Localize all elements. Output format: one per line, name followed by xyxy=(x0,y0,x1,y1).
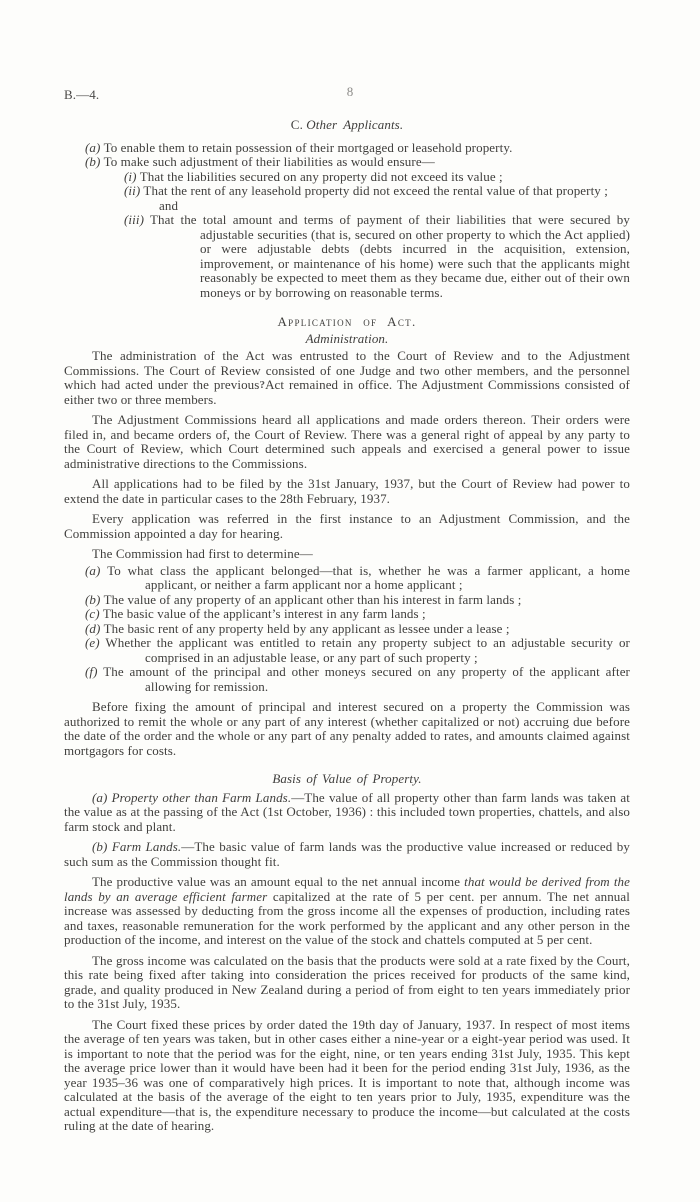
paragraph-lead-italic: Farm Lands. xyxy=(112,839,181,854)
list-item-a: (a) To enable them to retain possession … xyxy=(64,141,630,156)
item-text: The basic rent of any property held by a… xyxy=(104,621,510,636)
item-marker: (a) xyxy=(85,563,100,578)
section-c-heading-title: Other Applicants. xyxy=(306,117,403,132)
document-page: B.—4. 8 C. Other Applicants. (a) To enab… xyxy=(0,0,700,1202)
paragraph-orders: The Adjustment Commissions heard all app… xyxy=(64,413,630,471)
paragraph-administration: The administration of the Act was entrus… xyxy=(64,349,630,407)
item-text: The value of any property of an applican… xyxy=(104,592,522,607)
sub-item-i: (i) That the liabilities secured on any … xyxy=(64,170,630,185)
item-marker: (a) xyxy=(85,140,100,155)
item-text: To what class the applicant belonged—tha… xyxy=(107,563,630,593)
determine-item-b: (b) The value of any property of an appl… xyxy=(64,593,630,608)
item-text: The basic value of the applicant’s inter… xyxy=(103,606,426,621)
item-text: That the liabilities secured on any prop… xyxy=(140,169,503,184)
basis-of-value-heading: Basis of Value of Property. xyxy=(64,772,630,787)
paragraph-remission: Before fixing the amount of principal an… xyxy=(64,700,630,758)
paragraph-property-other-than-farm-lands: (a) Property other than Farm Lands.—The … xyxy=(64,791,630,835)
page-header: B.—4. 8 xyxy=(0,88,700,104)
section-c-heading: C. Other Applicants. xyxy=(64,118,630,133)
sub-item-ii: (ii) That the rent of any leasehold prop… xyxy=(64,184,630,213)
item-marker: (e) xyxy=(85,635,100,650)
item-carry-text: and xyxy=(159,198,178,213)
page-body: C. Other Applicants. (a) To enable them … xyxy=(64,118,630,1140)
paragraph-gross-income: The gross income was calculated on the b… xyxy=(64,954,630,1012)
determine-list: (a) To what class the applicant belonged… xyxy=(64,564,630,695)
item-marker: (ii) xyxy=(124,183,140,198)
paragraph-referral: Every application was referred in the fi… xyxy=(64,512,630,541)
item-text: To make such adjustment of their liabili… xyxy=(104,154,435,169)
paragraph-determine-lead: The Commission had first to determine— xyxy=(64,547,630,562)
item-text: That the rent of any leasehold property … xyxy=(143,183,608,198)
item-marker: (a) xyxy=(92,790,107,805)
item-text: To enable them to retain possession of t… xyxy=(104,140,513,155)
administration-subheading: Administration. xyxy=(64,332,630,347)
paragraph-farm-lands: (b) Farm Lands.—The basic value of farm … xyxy=(64,840,630,869)
paragraph-text: The productive value was an amount equal… xyxy=(92,874,464,889)
page-number: 8 xyxy=(0,85,700,100)
paragraph-filing-dates: All applications had to be filed by the … xyxy=(64,477,630,506)
paragraph-lead-italic: Property other than Farm Lands. xyxy=(112,790,292,805)
item-marker: (c) xyxy=(85,606,100,621)
item-marker: (b) xyxy=(85,154,100,169)
section-c-heading-prefix: C. xyxy=(291,117,303,132)
item-marker: (f) xyxy=(85,664,98,679)
item-marker: (iii) xyxy=(124,212,144,227)
item-marker: (b) xyxy=(85,592,100,607)
list-item-b: (b) To make such adjustment of their lia… xyxy=(64,155,630,170)
determine-item-d: (d) The basic rent of any property held … xyxy=(64,622,630,637)
determine-item-f: (f) The amount of the principal and othe… xyxy=(64,665,630,694)
determine-item-c: (c) The basic value of the applicant’s i… xyxy=(64,607,630,622)
paragraph-productive-value: The productive value was an amount equal… xyxy=(64,875,630,948)
item-marker: (d) xyxy=(85,621,100,636)
item-marker: (b) xyxy=(92,839,107,854)
item-marker: (i) xyxy=(124,169,137,184)
item-text: Whether the applicant was entitled to re… xyxy=(105,635,630,665)
sub-item-iii: (iii) That the total amount and terms of… xyxy=(64,213,630,300)
other-applicants-list: (a) To enable them to retain possession … xyxy=(64,141,630,301)
item-text: That the total amount and terms of payme… xyxy=(150,212,630,300)
item-text: The amount of the principal and other mo… xyxy=(103,664,630,694)
paragraph-court-prices: The Court fixed these prices by order da… xyxy=(64,1018,630,1134)
determine-item-a: (a) To what class the applicant belonged… xyxy=(64,564,630,593)
determine-item-e: (e) Whether the applicant was entitled t… xyxy=(64,636,630,665)
application-of-act-heading: Application of Act. xyxy=(64,315,630,330)
